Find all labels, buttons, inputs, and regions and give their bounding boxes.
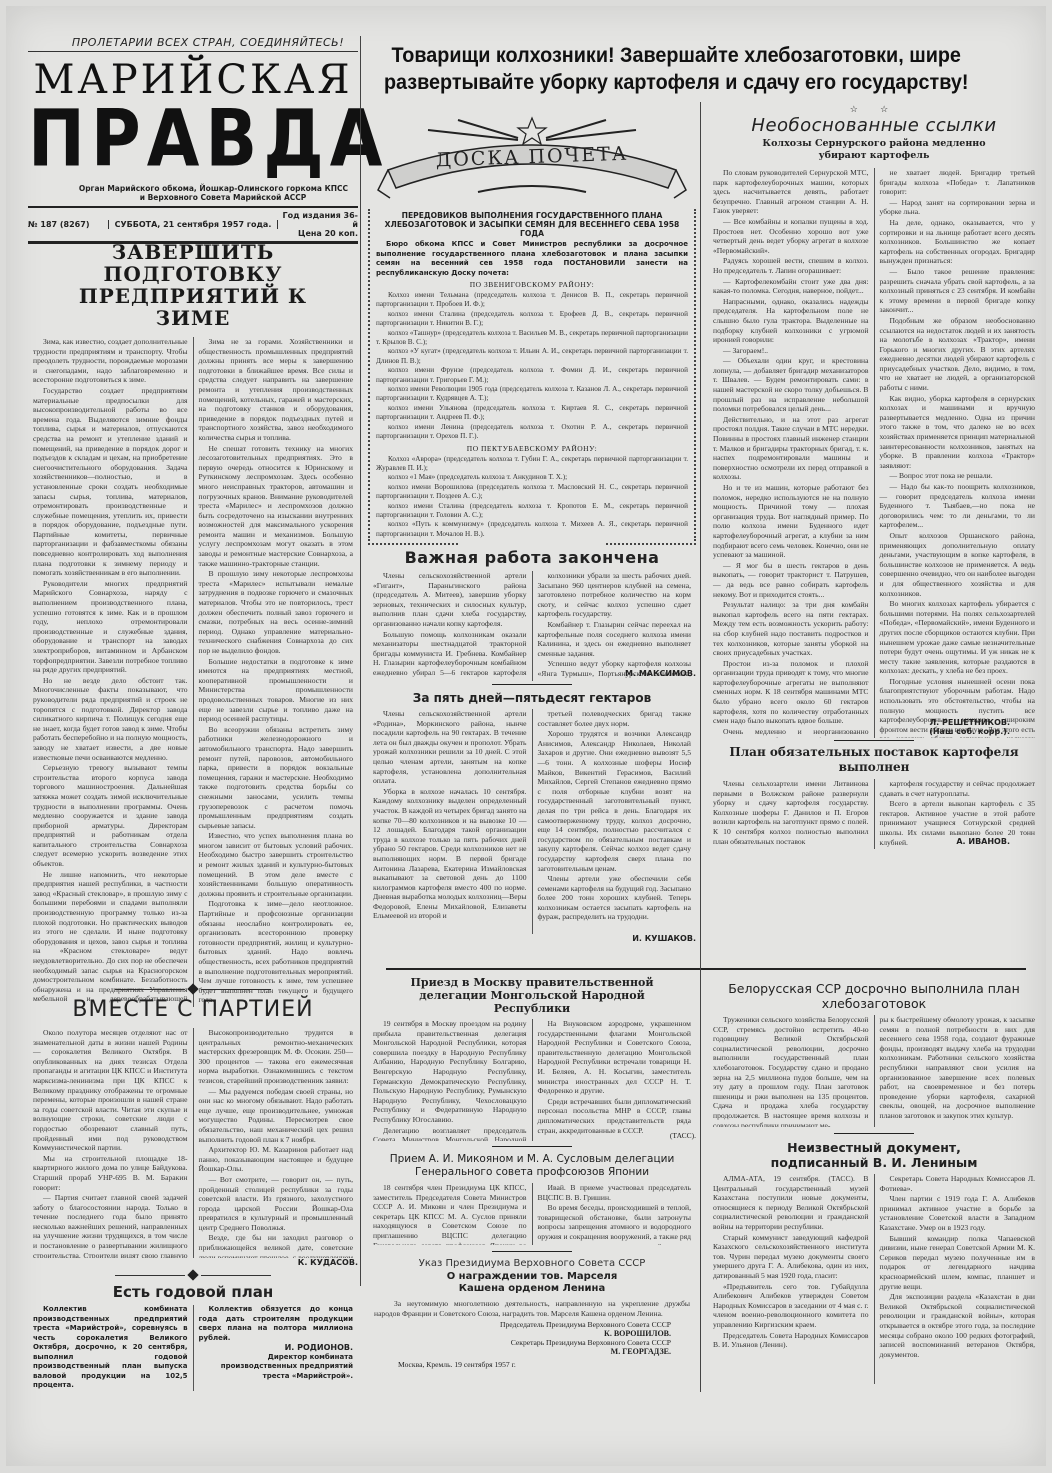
honor-board-entry: колхоз имени Сталина (председатель колхо… — [376, 502, 688, 521]
paragraph: Среди встречавших были дипломатический п… — [538, 1097, 692, 1135]
divider — [492, 1251, 572, 1252]
issue-date: СУББОТА, 21 сентября 1957 года. — [109, 220, 278, 229]
honor-board-entry: колхоз имени Сталина (председатель колхо… — [376, 310, 688, 329]
ukaz-sig2-name: М. ГЕОРГАДЗЕ. — [368, 1347, 696, 1356]
vmeste-headline: ВМЕСТЕ С ПАРТИЕЙ — [28, 997, 358, 1022]
paragraph: Большую помощь колхозникам оказали механ… — [373, 630, 527, 681]
issue-number: № 187 (8267) — [28, 220, 109, 229]
godovoy-sig-title3: треста «Марийстрой». — [199, 1372, 354, 1382]
district-heading: ПО ЗВЕНИГОВСКОМУ РАЙОНУ: — [376, 280, 688, 289]
ssylki-body: По словам руководителей Сернурской МТС, … — [708, 168, 1040, 738]
zapyat-body: Члены сельскохозяйственной артели «Родин… — [368, 709, 696, 934]
japan-headline: Прием А. И. Микояном и М. А. Сусловым де… — [368, 1153, 696, 1179]
doska-districts: ПО ЗВЕНИГОВСКОМУ РАЙОНУ:Колхоз имени Тел… — [376, 280, 688, 539]
paragraph: «Предъявитель сего тов. Губайдулла Алибе… — [713, 1282, 869, 1330]
belarus-article: Белорусская ССР досрочно выполнила план … — [708, 981, 1040, 1384]
paragraph: Председатель Совета Народных Комиссаров … — [713, 1331, 869, 1350]
ukaz-headline: О награждении тов. Марселя Кашена ордено… — [368, 1269, 696, 1297]
paragraph: На Внуковском аэродроме, украшенном госу… — [538, 1019, 692, 1096]
ukaz-place-date: Москва, Кремль. 19 сентября 1957 г. — [368, 1360, 696, 1369]
editorial-article: ЗАВЕРШИТЬ ПОДГОТОВКУ ПРЕДПРИЯТИЙ К ЗИМЕ … — [28, 241, 358, 1007]
newspaper-page: ПРОЛЕТАРИИ ВСЕХ СТРАН, СОЕДИНЯЙТЕСЬ! МАР… — [6, 6, 1046, 1466]
paragraph: — Вопрос этот пока не решали. — [880, 471, 1036, 481]
divider — [492, 1146, 572, 1147]
paragraph: третьей полеводческих бригад также соста… — [538, 709, 692, 728]
banner-line1: Товарищи колхозники! Завершайте хлебозаг… — [368, 42, 984, 69]
zapyat-signature: И. КУШАКОВ. — [368, 934, 696, 943]
front-banner: Товарищи колхозники! Завершайте хлебозаг… — [368, 42, 984, 96]
year-price: Год издания 36-й Цена 20 коп. — [278, 211, 358, 238]
paragraph: Везде, где бы ни заходил разговор о приб… — [199, 1233, 354, 1258]
godovoy-sig-title2: производственных предприятий — [199, 1362, 354, 1372]
honor-board-entry: колхоз имени Ленина (председатель колхоз… — [376, 423, 688, 442]
mongolia-col1: 19 сентября в Москву проездом на родину … — [368, 1019, 532, 1141]
column-divider — [360, 36, 361, 1286]
honor-board-entry: колхоз имени Ульянова (председатель колх… — [376, 404, 688, 423]
editorial-col1: Зима, как известно, создает дополнительн… — [28, 337, 193, 1007]
masthead-organ: Орган Марийского обкома, Йошкар-Олинског… — [28, 184, 358, 193]
paragraph: не хватает людей. Бригадир третьей брига… — [880, 168, 1036, 197]
ssylki-article: ☆ ☆ Необоснованные ссылки Колхозы Сернур… — [708, 104, 1040, 846]
district-heading: ПО ПЕКТУБАЕВСКОМУ РАЙОНУ: — [376, 444, 688, 453]
honor-board-entry: колхоз «1 Мая» (председатель колхоза т. … — [376, 473, 688, 482]
paragraph: Во многих колхозах картофель убирается с… — [880, 599, 1036, 676]
paragraph: Руководители многих предприятий Марийско… — [33, 579, 188, 675]
mongolia-body: 19 сентября в Москву проездом на родину … — [368, 1019, 696, 1141]
ukaz-sig2-title: Секретарь Президиума Верховного Совета С… — [368, 1338, 696, 1347]
paragraph: В прошлую зиму некоторые леспромхозы тре… — [199, 569, 354, 655]
honor-board-entry: колхоз имени Фрунзе (председатель колхоз… — [376, 366, 688, 385]
paragraph: По словам руководителей Сернурской МТС, … — [713, 168, 869, 216]
japan-body: 18 сентября член Президиума ЦК КПСС, зам… — [368, 1183, 696, 1245]
masthead-title-line2: ПРАВДА — [28, 101, 358, 179]
paragraph: Как видно, уборка картофеля в сернурских… — [880, 394, 1036, 471]
paragraph: Делегацию возглавляет председатель Совет… — [373, 1126, 527, 1141]
paragraph: Архитектор Ю. М. Казаринов работает над … — [199, 1145, 354, 1174]
paragraph: Напрасными, однако, оказались надежды пр… — [713, 297, 869, 345]
vmeste-article: ВМЕСТЕ С ПАРТИЕЙ Около полутора месяцев … — [28, 981, 358, 1391]
paragraph: Государство создает предприятиям материа… — [33, 386, 188, 578]
paragraph: Члены артели уже обеспечили себя семенам… — [538, 874, 692, 922]
paragraph: Опыт колхозов Оршанского района, применя… — [880, 531, 1036, 598]
paragraph: Но и те из машин, которые работают без п… — [713, 483, 869, 560]
paragraph: Во всеоружии обязаны встретить зиму рабо… — [199, 725, 354, 831]
paragraph: Действительно, и на этот раз агрегат про… — [713, 415, 869, 482]
paragraph: Но не везде дело обстоит так. Многочисле… — [33, 676, 188, 762]
paragraph: Хорошо трудятся и возчики Александр Анис… — [538, 729, 692, 873]
paragraph: колхозники убрали за шесть рабочих дней.… — [538, 571, 692, 619]
godovoy-body: Коллектив комбината производственных пре… — [28, 1305, 358, 1391]
mongolia-col2: На Внуковском аэродроме, украшенном госу… — [532, 1019, 697, 1141]
paragraph: Члены сельхозартели имени Литвинова перв… — [713, 779, 869, 846]
vazhnaya-article: Важная работа закончена Члены сельскохоз… — [368, 548, 696, 943]
ukaz-sig1-title: Председатель Президиума Верховного Совет… — [368, 1320, 696, 1329]
lenin-doc-body: АЛМА-АТА, 19 сентября. (ТАСС). В Централ… — [708, 1174, 1040, 1384]
ssylki-headline: Необоснованные ссылки — [708, 115, 1040, 136]
paragraph: Ивай. В приеме участвовал председатель В… — [538, 1183, 692, 1202]
paragraph: — Загораем!.. — [713, 346, 869, 356]
honor-board-entry: колхоз имени Ворошилова (председатель ко… — [376, 483, 688, 502]
ornament-divider — [28, 1271, 358, 1279]
vazhnaya-body: Члены сельскохозяйственной артели «Гиган… — [368, 571, 696, 681]
vazhnaya-headline: Важная работа закончена — [368, 548, 696, 567]
paragraph: Большие недостатки в подготовке к зиме и… — [199, 657, 354, 724]
ukaz-sig1-name: К. ВОРОШИЛОВ. — [368, 1329, 696, 1338]
belarus-headline: Белорусская ССР досрочно выполнила план … — [708, 981, 1040, 1011]
doska-pocheta: ДОСКА ПОЧЕТА ПЕРЕДОВИКОВ ВЫПОЛНЕНИЯ ГОСУ… — [368, 110, 696, 545]
divider — [834, 740, 914, 741]
honor-board-entry: колхоз «У кугат» (председатель колхоза т… — [376, 347, 688, 366]
lenin-doc-col2: Секретарь Совета Народных Комиссаров Л. … — [874, 1174, 1041, 1384]
lenin-doc-headline: Неизвестный документ, подписанный В. И. … — [708, 1140, 1040, 1170]
japan-col1: 18 сентября член Президиума ЦК КПСС, зам… — [368, 1183, 532, 1245]
paragraph: Подобным же образом необоснованно ссылаю… — [880, 316, 1036, 393]
plan-col1: Члены сельхозартели имени Литвинова перв… — [708, 779, 874, 849]
paragraph: Зима не за горами. Хозяйственники и обще… — [199, 337, 354, 443]
doska-heading1: ПЕРЕДОВИКОВ ВЫПОЛНЕНИЯ ГОСУДАРСТВЕННОГО … — [376, 211, 688, 220]
masthead: ПРОЛЕТАРИИ ВСЕХ СТРАН, СОЕДИНЯЙТЕСЬ! МАР… — [28, 36, 358, 244]
belarus-body: Труженики сельского хозяйства Белорусско… — [708, 1015, 1040, 1127]
ssylki-col1: По словам руководителей Сернурской МТС, … — [708, 168, 874, 738]
doska-frame: ПЕРЕДОВИКОВ ВЫПОЛНЕНИЯ ГОСУДАРСТВЕННОГО … — [368, 209, 696, 541]
paragraph: Радуясь хорошей вести, спешим в колхоз. … — [713, 256, 869, 275]
issue-price: Цена 20 коп. — [298, 229, 358, 238]
paragraph: 19 сентября в Москву проездом на родину … — [373, 1019, 527, 1125]
publication-year: Год издания 36-й — [283, 211, 358, 229]
paragraph: — Все комбайны и копалки пущены в ход. П… — [713, 217, 869, 255]
masthead-infobar: № 187 (8267) СУББОТА, 21 сентября 1957 г… — [28, 206, 358, 244]
godovoy-col1: Коллектив комбината производственных пре… — [28, 1305, 193, 1391]
paragraph: Секретарь Совета Народных Комиссаров Л. … — [880, 1174, 1036, 1193]
paragraph: Для экспозиции раздела «Казахстан в дни … — [880, 1292, 1036, 1359]
paragraph: Высокопроизводительно трудится в централ… — [199, 1028, 354, 1086]
paragraph: Члены сельскохозяйственной артели «Гиган… — [373, 571, 527, 629]
paragraph: — Объехали один круг, и крестовина лопну… — [713, 356, 869, 414]
paragraph: Член партии с 1919 года Г. А. Алибеков п… — [880, 1194, 1036, 1232]
plan-headline: План обязательных поставок картофеля вып… — [708, 745, 1040, 775]
paragraph: Старый коммунист заведующий кафедрой Каз… — [713, 1233, 869, 1281]
vmeste-col1: Около полутора месяцев отделяют нас от з… — [28, 1028, 193, 1258]
paragraph: На деле, однако, оказывается, что у сорт… — [880, 218, 1036, 266]
honor-board-entry: колхоз «Ташнур» (председатель колхоза т.… — [376, 329, 688, 348]
paragraph: — Я мог бы в шесть гектаров в день выкоп… — [713, 561, 869, 599]
doska-bottom-border — [368, 543, 696, 545]
paragraph: АЛМА-АТА, 19 сентября. (ТАСС). В Централ… — [713, 1174, 869, 1232]
editorial-col2: Зима не за горами. Хозяйственники и обще… — [193, 337, 359, 1007]
paragraph: Простои из-за поломок и плохой организац… — [713, 659, 869, 726]
ssylki-col2: не хватает людей. Бригадир третьей брига… — [874, 168, 1041, 738]
paragraph: Мы на строительной площадке 18-квартирно… — [33, 1154, 188, 1192]
zapyat-col1: Члены сельскохозяйственной артели «Родин… — [368, 709, 532, 934]
doska-heading2: ХЛЕБОЗАГОТОВОК И ЗАСЫПКИ СЕМЯН ДЛЯ ВЕСЕН… — [376, 220, 688, 238]
godovoy-sig-title1: Директор комбината — [199, 1353, 354, 1363]
paragraph: — Картофелекомбайн стоит уже два дня: ка… — [713, 277, 869, 296]
paragraph: Около полутора месяцев отделяют нас от з… — [33, 1028, 188, 1153]
vazhnaya-col2: колхозники убрали за шесть рабочих дней.… — [532, 571, 697, 681]
section-divider — [386, 968, 1026, 970]
godovoy-col2-text: Коллектив обязуется до конца года дать с… — [199, 1305, 354, 1343]
paragraph: Комбайнер т. Глазырин сейчас переехал на… — [538, 620, 692, 658]
vmeste-body: Около полутора месяцев отделяют нас от з… — [28, 1028, 358, 1258]
zapyat-col2: третьей полеводческих бригад также соста… — [532, 709, 697, 934]
paragraph: — Надо бы как-то поощрить колхозников, —… — [880, 482, 1036, 530]
paragraph: Результат налицо: за три дня комбайн вык… — [713, 600, 869, 658]
paragraph: — Мы радуемся победам своей страны, но о… — [199, 1087, 354, 1145]
paragraph: 18 сентября член Президиума ЦК КПСС, зам… — [373, 1183, 527, 1245]
paragraph: Зима, как известно, создает дополнительн… — [33, 337, 188, 385]
ukaz-kicker: Указ Президиума Верховного Совета СССР — [368, 1258, 696, 1269]
divider — [834, 1133, 914, 1134]
honor-board-entry: колхоз имени Революции 1905 года (предсе… — [376, 385, 688, 404]
paragraph: Члены сельскохозяйственной артели «Родин… — [373, 709, 527, 786]
paragraph: Бывший командир полка Чапаевской дивизии… — [880, 1234, 1036, 1292]
ukaz-body: За неутомимую многолетнюю деятельность, … — [368, 1297, 696, 1320]
vazhnaya-col1: Члены сельскохозяйственной артели «Гиган… — [368, 571, 532, 681]
lenin-doc-col1: АЛМА-АТА, 19 сентября. (ТАСС). В Централ… — [708, 1174, 874, 1384]
belarus-col1: Труженики сельского хозяйства Белорусско… — [708, 1015, 874, 1127]
godovoy-signature: И. РОДИОНОВ. — [199, 1343, 354, 1353]
divider — [492, 684, 572, 685]
banner-line2: развертывайте уборку картофеля и сдачу е… — [368, 69, 984, 96]
japan-col2: Ивай. В приеме участвовал председатель В… — [532, 1183, 697, 1245]
paragraph: Не спешат готовить технику на многих лес… — [199, 444, 354, 569]
zapyat-headline: За пять дней—пятьдесят гектаров — [368, 691, 696, 705]
belarus-col2: ры к быстрейшему обмолоту урожая, к засы… — [874, 1015, 1041, 1127]
editorial-body: Зима, как известно, создает дополнительн… — [28, 337, 358, 1007]
paragraph: — Было такое решение правления: разрешит… — [880, 267, 1036, 315]
doska-intro: Бюро обкома КПСС и Совет Министров респу… — [376, 240, 688, 278]
mongolia-article: Приезд в Москву правительственной делега… — [368, 976, 696, 1369]
masthead-organ2: и Верховного Совета Марийской АССР — [28, 193, 358, 202]
vmeste-col2: Высокопроизводительно трудится в централ… — [193, 1028, 359, 1258]
vmeste-signature: К. КУДАСОВ. — [28, 1258, 358, 1267]
editorial-headline: ЗАВЕРШИТЬ ПОДГОТОВКУ ПРЕДПРИЯТИЙ К ЗИМЕ — [28, 241, 358, 329]
masthead-slogan: ПРОЛЕТАРИИ ВСЕХ СТРАН, СОЕДИНЯЙТЕСЬ! — [28, 36, 358, 52]
paragraph: — Народ занят на сортировании зерна и уб… — [880, 198, 1036, 217]
column-divider — [700, 102, 701, 1392]
paragraph: Известно, что успех выполнения плана во … — [199, 831, 354, 898]
honor-board-entry: Колхоз «Аврора» (председатель колхоза т.… — [376, 455, 688, 474]
ssylki-stars: ☆ ☆ — [708, 104, 1040, 115]
paragraph: Уборка в колхозе началась 10 сентября. К… — [373, 787, 527, 921]
godovoy-headline: Есть годовой план — [28, 1283, 358, 1301]
paragraph: — Вот смотрите, — говорит он, — путь, пр… — [199, 1175, 354, 1233]
paragraph: — Партия считает главной своей задачей з… — [33, 1193, 188, 1258]
ssylki-subhead: Колхозы Сернурского района медленно убир… — [708, 136, 1040, 164]
honor-board-entry: Колхоз имени Тельмана (председатель колх… — [376, 291, 688, 310]
honor-board-entry: колхоз «Путь к коммунизму» (председатель… — [376, 520, 688, 539]
paragraph: Серьезную тревогу вызывают темпы строите… — [33, 763, 188, 869]
paragraph: Во время беседы, происходившей в теплой,… — [538, 1203, 692, 1245]
mongolia-headline: Приезд в Москву правительственной делега… — [368, 976, 696, 1015]
paragraph: Очень медленно и неорганизованно включаю… — [713, 727, 869, 738]
ornament-divider — [28, 985, 358, 993]
paragraph: картофеля государству и сейчас продолжае… — [880, 779, 1036, 798]
godovoy-col2: Коллектив обязуется до конца года дать с… — [193, 1305, 359, 1391]
